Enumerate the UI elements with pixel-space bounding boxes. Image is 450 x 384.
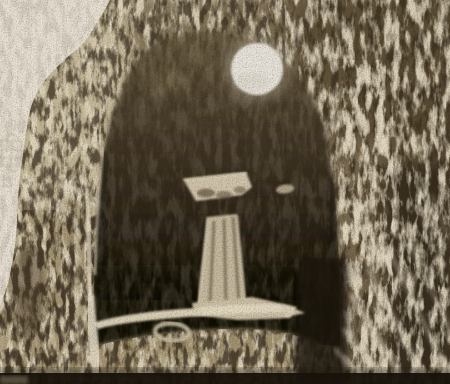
photo-grain bbox=[0, 0, 450, 384]
sepia-photograph bbox=[0, 0, 450, 384]
